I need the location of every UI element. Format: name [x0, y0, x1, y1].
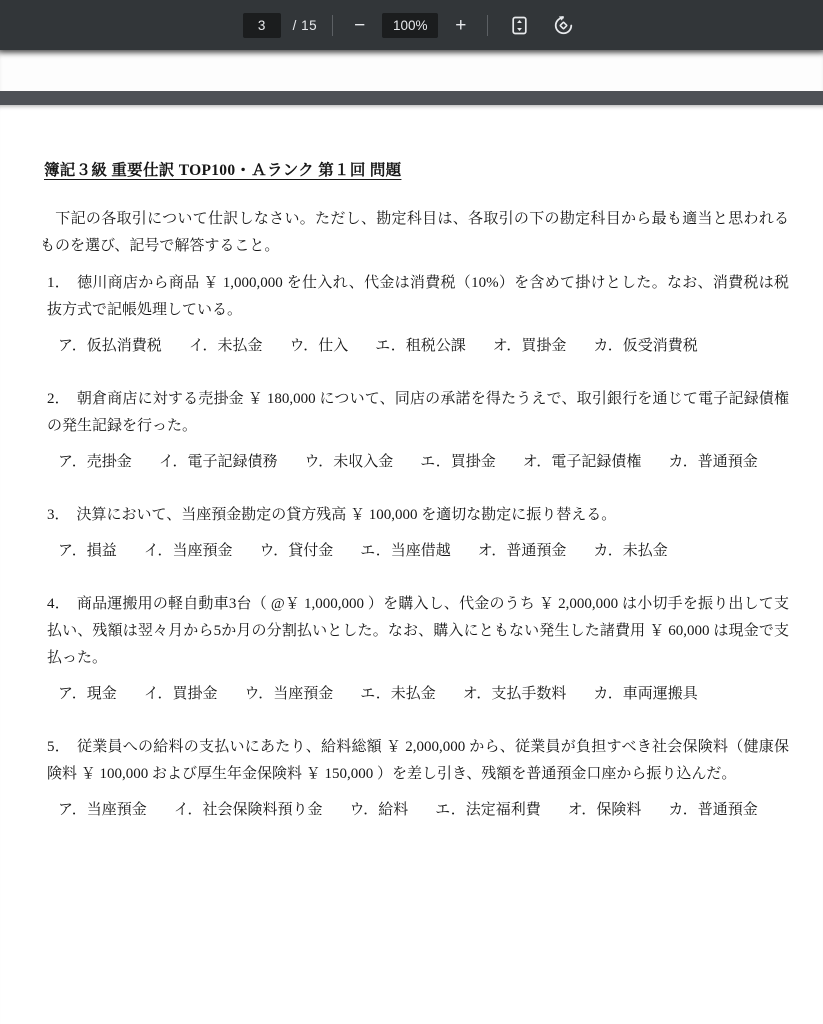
previous-page-bottom [0, 50, 823, 91]
question-number: 4． [47, 596, 70, 612]
question-text: 朝倉商店に対する売掛金 ￥ 180,000 について、同店の承諾を得たうえで、取… [47, 391, 789, 434]
option-item: ア．損益 [58, 543, 117, 559]
option-item: ア．仮払消費税 [58, 338, 162, 354]
document-title: 簿記３級 重要仕訳 TOP100・Ａランク 第１回 問題 [44, 158, 789, 180]
option-item: ウ．当座預金 [244, 686, 333, 702]
option-item: オ．支払手数料 [463, 686, 567, 702]
question-options: ア．損益イ．当座預金ウ．貸付金エ．当座借越オ．普通預金カ．未払金 [58, 538, 789, 565]
option-item: イ．当座預金 [144, 543, 233, 559]
option-item: エ．当座借越 [360, 543, 450, 559]
page-count-label: / 15 [293, 18, 318, 33]
option-item: オ．電子記録債権 [523, 454, 642, 470]
question-text: 徳川商店から商品 ￥ 1,000,000 を仕入れ、代金は消費税（10%）を含め… [47, 275, 789, 318]
option-item: カ．普通預金 [668, 802, 757, 818]
document-intro: 下記の各取引について仕訳しなさい。ただし、勘定科目は、各取引の下の勘定科目から最… [40, 206, 789, 260]
zoom-in-button[interactable]: + [449, 12, 472, 39]
toolbar-divider [332, 15, 333, 36]
option-item: ウ．仕入 [289, 338, 348, 354]
fit-to-page-button[interactable] [503, 11, 536, 40]
question-options: ア．当座預金イ．社会保険料預り金ウ．給料エ．法定福利費オ．保険料カ．普通預金 [58, 797, 789, 824]
option-item: エ．未払金 [360, 686, 435, 702]
option-item: イ．電子記録債務 [159, 454, 278, 470]
option-item: ウ．未収入金 [304, 454, 393, 470]
option-item: ア．売掛金 [58, 454, 132, 470]
option-item: ア．現金 [58, 686, 117, 702]
page-number-input[interactable] [243, 13, 281, 38]
option-item: ウ．給料 [349, 802, 408, 818]
fit-to-page-icon [509, 15, 530, 36]
question-item: 3．決算において、当座預金勘定の貸方残高 ￥ 100,000 を適切な勘定に振り… [47, 502, 789, 565]
question-options: ア．現金イ．買掛金ウ．当座預金エ．未払金オ．支払手数料カ．車両運搬具 [58, 681, 789, 708]
toolbar-divider [487, 15, 488, 36]
pdf-toolbar: / 15 − 100% + [0, 0, 823, 50]
question-item: 2．朝倉商店に対する売掛金 ￥ 180,000 について、同店の承諾を得たうえで… [47, 386, 789, 476]
question-number: 2． [47, 391, 70, 407]
zoom-level-field[interactable]: 100% [382, 13, 438, 38]
option-item: ア．当座預金 [58, 802, 147, 818]
zoom-out-button[interactable]: − [348, 12, 371, 39]
option-item: カ．仮受消費税 [593, 338, 697, 354]
rotate-counterclockwise-icon [553, 15, 574, 36]
question-item: 1．徳川商店から商品 ￥ 1,000,000 を仕入れ、代金は消費税（10%）を… [47, 270, 789, 360]
question-item: 5．従業員への給料の支払いにあたり、給料総額 ￥ 2,000,000 から、従業… [47, 734, 789, 824]
option-item: カ．普通預金 [668, 454, 757, 470]
question-options: ア．仮払消費税イ．未払金ウ．仕入エ．租税公課オ．買掛金カ．仮受消費税 [58, 333, 789, 360]
pdf-page: 簿記３級 重要仕訳 TOP100・Ａランク 第１回 問題 下記の各取引について仕… [0, 105, 823, 1024]
option-item: カ．未払金 [593, 543, 667, 559]
option-item: エ．買掛金 [420, 454, 495, 470]
option-item: ウ．貸付金 [259, 543, 333, 559]
option-item: オ．保険料 [568, 802, 642, 818]
question-text: 決算において、当座預金勘定の貸方残高 ￥ 100,000 を適切な勘定に振り替え… [77, 507, 617, 523]
rotate-button[interactable] [547, 11, 580, 40]
page-gap [0, 91, 823, 105]
question-text: 商品運搬用の軽自動車3台（ @￥ 1,000,000 ）を購入し、代金のうち ￥… [47, 596, 789, 666]
question-options: ア．売掛金イ．電子記録債務ウ．未収入金エ．買掛金オ．電子記録債権カ．普通預金 [58, 449, 789, 476]
question-item: 4．商品運搬用の軽自動車3台（ @￥ 1,000,000 ）を購入し、代金のうち… [47, 591, 789, 708]
question-number: 5． [47, 739, 70, 755]
question-text: 従業員への給料の支払いにあたり、給料総額 ￥ 2,000,000 から、従業員が… [47, 739, 789, 782]
option-item: オ．買掛金 [493, 338, 567, 354]
questions-list: 1．徳川商店から商品 ￥ 1,000,000 を仕入れ、代金は消費税（10%）を… [40, 270, 789, 824]
option-item: カ．車両運搬具 [593, 686, 697, 702]
option-item: イ．買掛金 [144, 686, 218, 702]
option-item: イ．社会保険料預り金 [174, 802, 323, 818]
option-item: イ．未払金 [189, 338, 263, 354]
option-item: オ．普通預金 [478, 543, 567, 559]
option-item: エ．法定福利費 [435, 802, 540, 818]
question-number: 1． [47, 275, 70, 291]
option-item: エ．租税公課 [375, 338, 465, 354]
pdf-viewer-area: 簿記３級 重要仕訳 TOP100・Ａランク 第１回 問題 下記の各取引について仕… [0, 50, 823, 1024]
question-number: 3． [47, 507, 70, 523]
